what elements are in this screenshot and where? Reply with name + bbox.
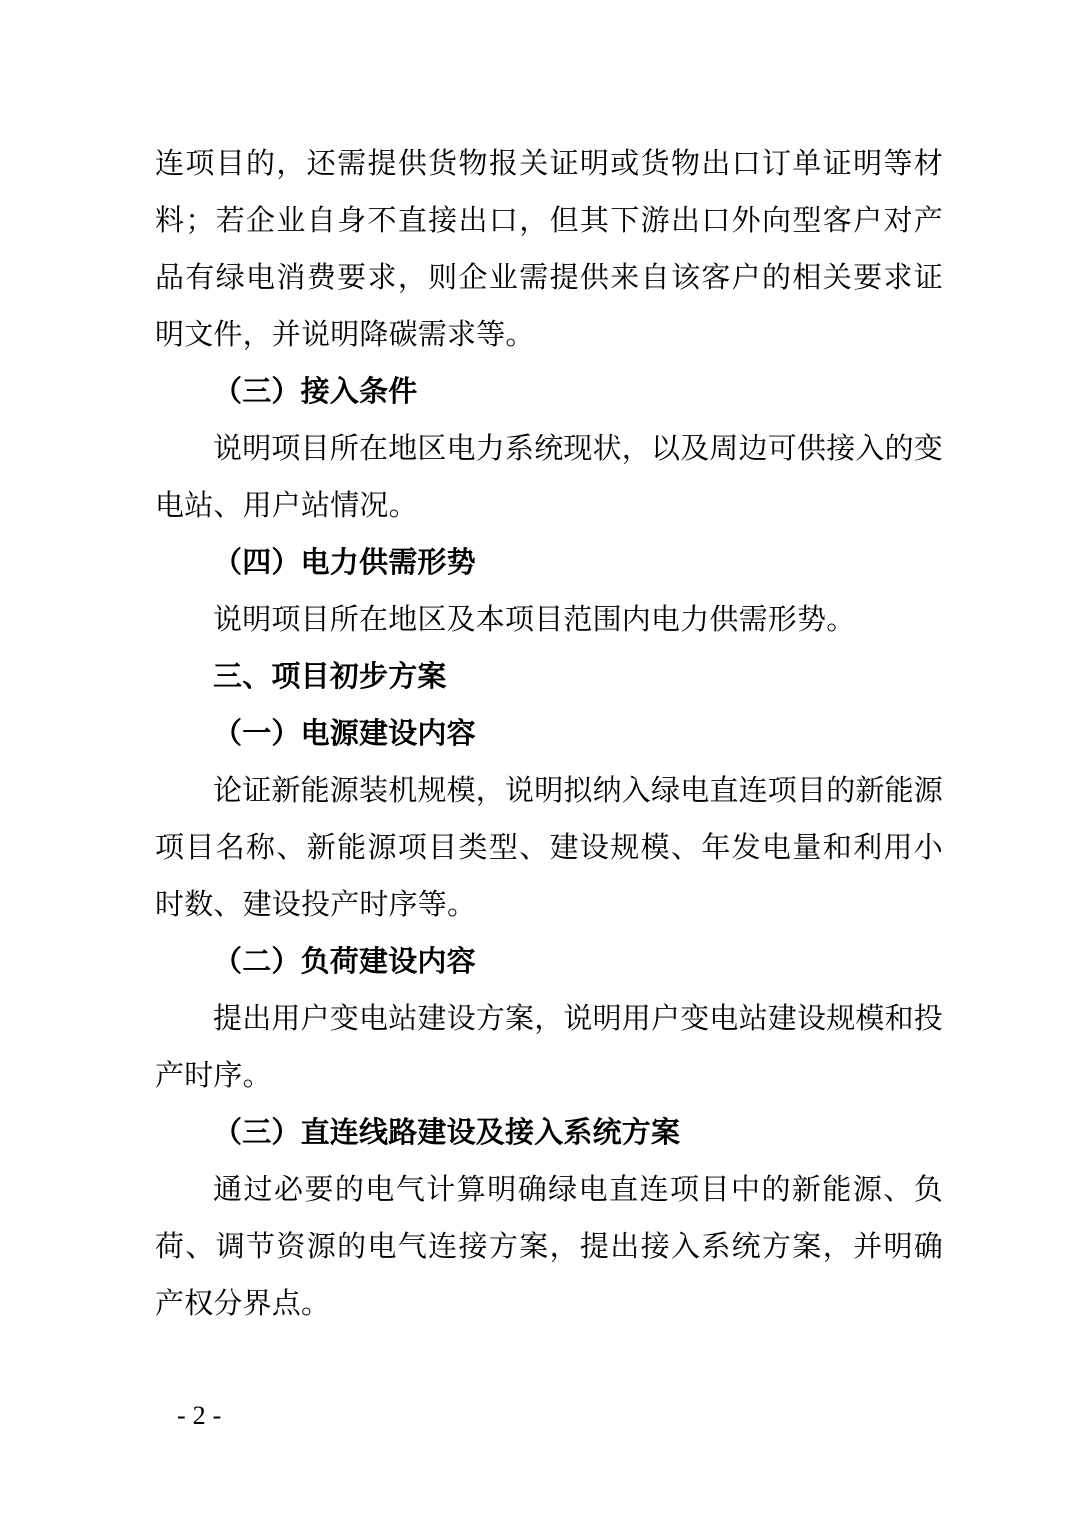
heading-power-source-construction: （一）电源建设内容 <box>155 706 943 763</box>
paragraph-load-construction: 提出用户变电站建设方案，说明用户变电站建设规模和投产时序。 <box>155 991 943 1105</box>
heading-power-supply-demand: （四）电力供需形势 <box>155 535 943 592</box>
heading-load-construction: （二）负荷建设内容 <box>155 934 943 991</box>
paragraph-export-certificates: 连项目的，还需提供货物报关证明或货物出口订单证明等材料；若企业自身不直接出口，但… <box>155 136 943 364</box>
page-content: 连项目的，还需提供货物报关证明或货物出口订单证明等材料；若企业自身不直接出口，但… <box>155 136 943 1333</box>
page-number: -2- <box>177 1396 228 1436</box>
heading-direct-line-and-grid-access: （三）直连线路建设及接入系统方案 <box>155 1105 943 1162</box>
heading-access-conditions: （三）接入条件 <box>155 364 943 421</box>
paragraph-direct-line-and-grid-access: 通过必要的电气计算明确绿电直连项目中的新能源、负荷、调节资源的电气连接方案，提出… <box>155 1162 943 1333</box>
document-page: 连项目的，还需提供货物报关证明或货物出口订单证明等材料；若企业自身不直接出口，但… <box>0 0 1080 1527</box>
paragraph-power-supply-demand: 说明项目所在地区及本项目范围内电力供需形势。 <box>155 592 943 649</box>
paragraph-access-conditions: 说明项目所在地区电力系统现状，以及周边可供接入的变电站、用户站情况。 <box>155 421 943 535</box>
heading-project-preliminary-plan: 三、项目初步方案 <box>155 649 943 706</box>
paragraph-power-source-construction: 论证新能源装机规模，说明拟纳入绿电直连项目的新能源项目名称、新能源项目类型、建设… <box>155 763 943 934</box>
